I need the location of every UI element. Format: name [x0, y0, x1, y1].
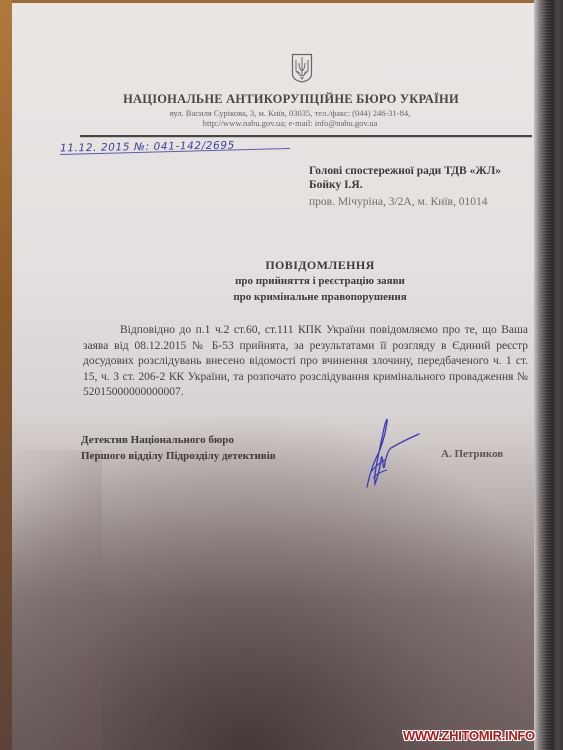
trident-emblem-icon	[291, 53, 313, 83]
title-subheading-1: про прийняття і реєстрацію заяви	[170, 273, 470, 289]
signatory-position: Детектив Національного бюро Першого відд…	[81, 432, 276, 464]
document-body: Відповідно до п.1 ч.2 ст.60, ст.111 КПК …	[83, 323, 528, 401]
binder-texture	[540, 0, 552, 750]
organization-name: НАЦІОНАЛЬНЕ АНТИКОРУПЦІЙНЕ БЮРО УКРАЇНИ	[100, 92, 482, 107]
document-title: ПОВІДОМЛЕННЯ про прийняття і реєстрацію …	[170, 258, 470, 305]
recipient-name: Бойку І.Я.	[309, 178, 501, 192]
organization-address: вул. Василя Сурікова, 3, м. Київ, 03035,…	[100, 108, 480, 118]
recipient-position: Голові спостережної ради ТДВ «ЖЛ»	[309, 164, 501, 178]
desk-background-left	[0, 0, 12, 750]
title-subheading-2: про кримінальне правопорушення	[170, 289, 470, 305]
letterhead-divider	[80, 135, 532, 137]
recipient-block: Голові спостережної ради ТДВ «ЖЛ» Бойку …	[309, 164, 501, 209]
paper-shadow	[12, 450, 102, 750]
organization-contacts: http://www.nabu.gov.ua; e-mail: info@nab…	[100, 118, 480, 128]
signatory-name: А. Петриков	[441, 448, 503, 460]
title-heading: ПОВІДОМЛЕННЯ	[170, 258, 470, 273]
watermark-text: WWW.ZHITOMIR.INFO	[403, 728, 535, 743]
signature-icon	[355, 412, 435, 492]
signatory-position-line1: Детектив Національного бюро	[81, 432, 276, 448]
body-paragraph: Відповідно до п.1 ч.2 ст.60, ст.111 КПК …	[83, 323, 528, 401]
signatory-position-line2: Першого відділу Підрозділу детективів	[81, 448, 276, 464]
recipient-address: пров. Мічуріна, 3/2А, м. Київ, 01014	[309, 195, 501, 209]
